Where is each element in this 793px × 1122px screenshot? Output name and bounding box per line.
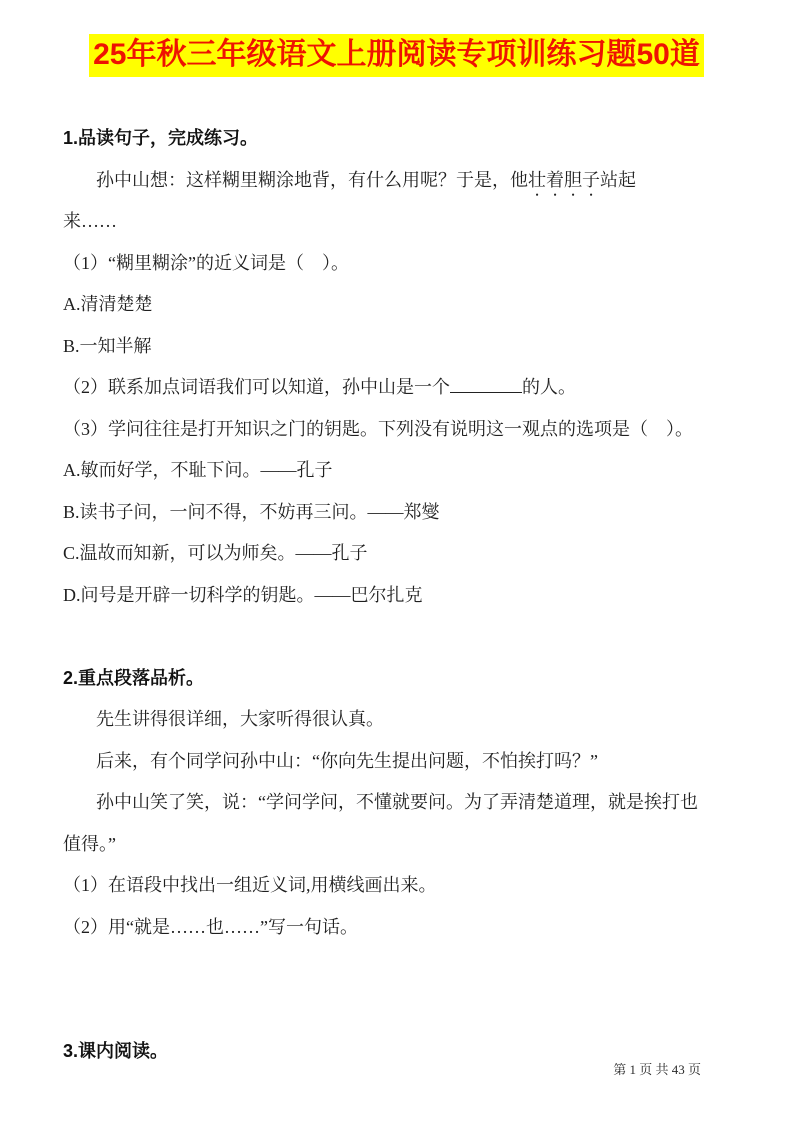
exercise2-paragraph-3: 孙中山笑了笑，说：“学问学问，不懂就要问。为了弄清楚道理，就是挨打也	[63, 782, 735, 824]
answer-blank	[450, 388, 522, 393]
passage-text-post: 站起	[600, 170, 636, 190]
exercise2-heading: 2.重点段落品析。	[63, 658, 735, 700]
document-page: 25年秋三年级语文上册阅读专项训练习题50道 1.品读句子，完成练习。 孙中山想…	[0, 0, 793, 1122]
exercise1-heading: 1.品读句子，完成练习。	[63, 118, 735, 160]
title-highlight-text: 25年秋三年级语文上册阅读专项训练习题50道	[89, 34, 704, 77]
document-body: 1.品读句子，完成练习。 孙中山想：这样糊里糊涂地背，有什么用呢？于是，他壮着胆…	[63, 118, 735, 1073]
exercise1-q3-option-b: B.读书子问，一问不得，不妨再三问。——郑燮	[63, 492, 735, 534]
exercise1-question2: （2）联系加点词语我们可以知道，孙中山是一个的人。	[63, 367, 735, 409]
exercise2-paragraph-3-continuation: 值得。”	[63, 824, 735, 866]
exercise1-q3-option-c: C.温故而知新，可以为师矣。——孔子	[63, 533, 735, 575]
exercise1-q3-option-a: A.敏而好学，不耻下问。——孔子	[63, 450, 735, 492]
exercise1-question3: （3）学问往往是打开知识之门的钥匙。下列没有说明这一观点的选项是（ ）。	[63, 409, 735, 451]
question2-text-pre: （2）联系加点词语我们可以知道，孙中山是一个	[63, 377, 450, 397]
exercise1-q1-option-a: A.清清楚楚	[63, 284, 735, 326]
exercise2-paragraph-1: 先生讲得很详细，大家听得很认真。	[63, 699, 735, 741]
exercise1-passage-line1: 孙中山想：这样糊里糊涂地背，有什么用呢？于是，他壮着胆子站起	[63, 160, 735, 202]
page-footer: 第 1 页 共 43 页	[613, 1059, 701, 1078]
exercise2-paragraph-2: 后来，有个同学问孙中山：“你向先生提出问题，不怕挨打吗？”	[63, 741, 735, 783]
passage-emphasized-text: 壮着胆子	[528, 170, 600, 190]
passage-text-pre: 孙中山想：这样糊里糊涂地背，有什么用呢？于是，他	[96, 170, 528, 190]
exercise2-question1: （1）在语段中找出一组近义词,用横线画出来。	[63, 865, 735, 907]
exercise1-passage-line2: 来……	[63, 201, 735, 243]
question2-text-post: 的人。	[522, 377, 576, 397]
exercise1-q3-option-d: D.问号是开辟一切科学的钥匙。——巴尔扎克	[63, 575, 735, 617]
exercise1-q1-option-b: B.一知半解	[63, 326, 735, 368]
exercise1-question1: （1）“糊里糊涂”的近义词是（ ）。	[63, 243, 735, 285]
exercise2-question2: （2）用“就是……也……”写一句话。	[63, 907, 735, 949]
page-title: 25年秋三年级语文上册阅读专项训练习题50道	[0, 34, 793, 77]
